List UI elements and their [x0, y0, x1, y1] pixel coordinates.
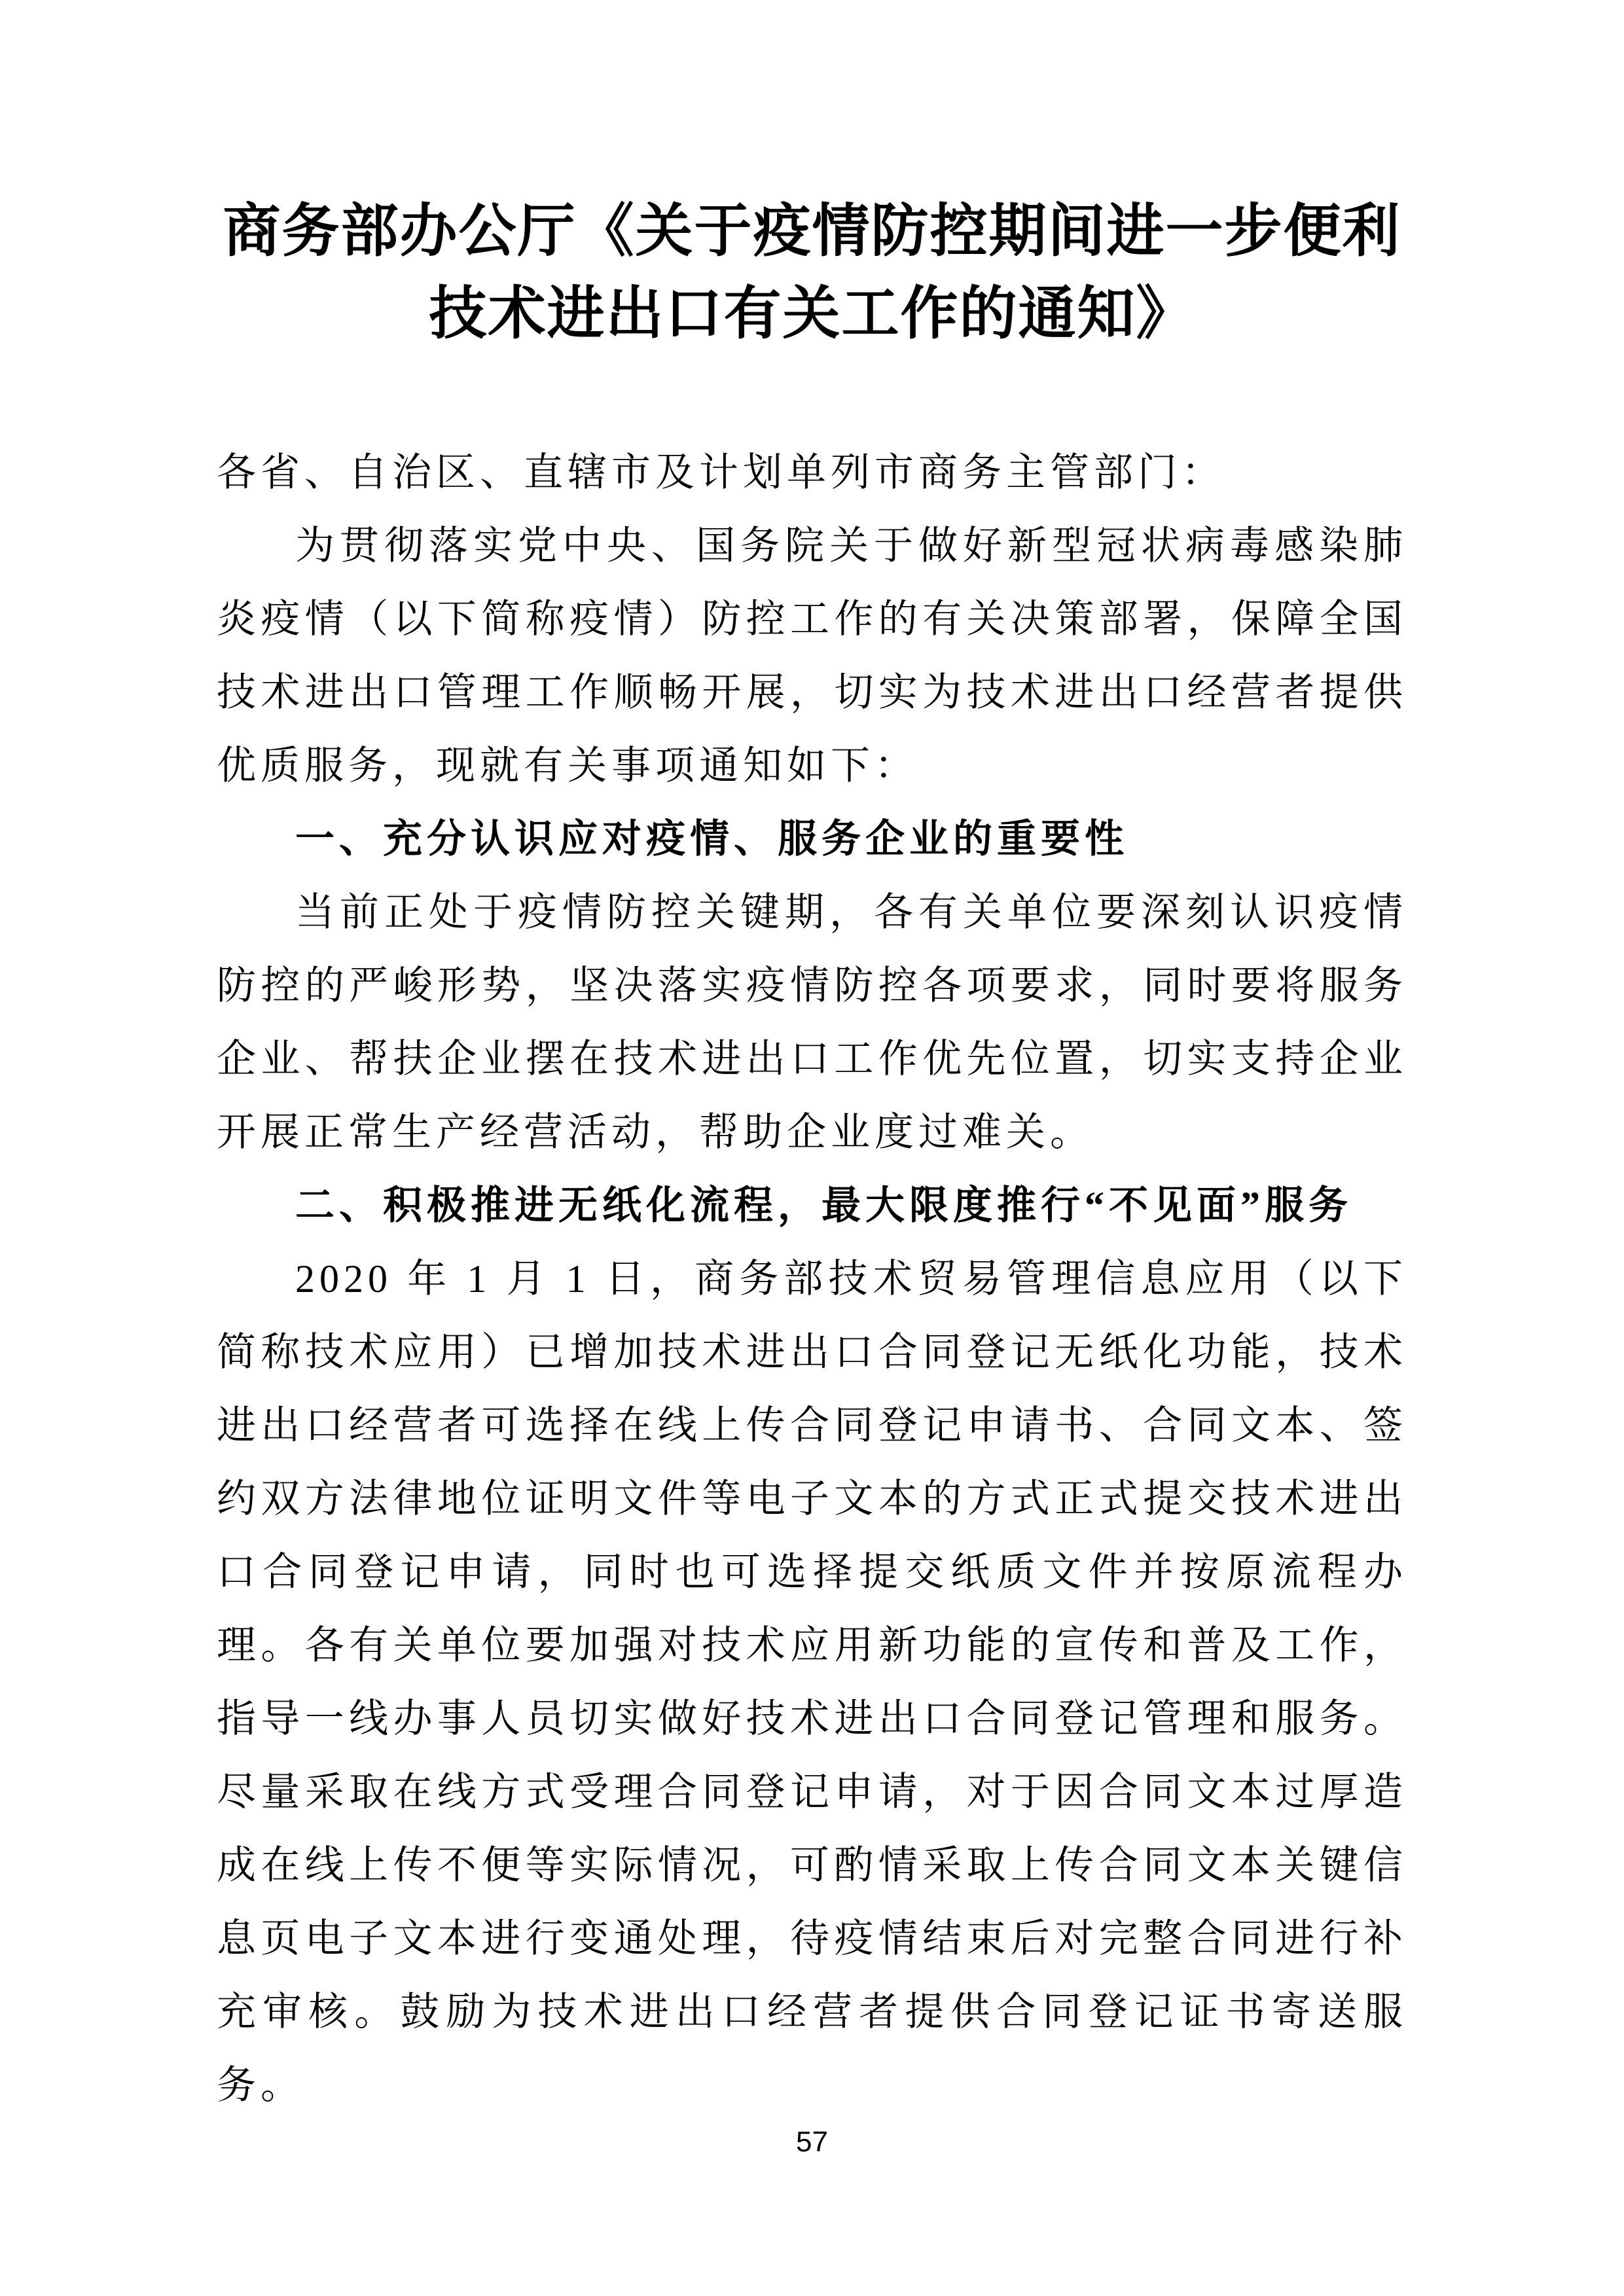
paragraph-intro: 为贯彻落实党中央、国务院关于做好新型冠状病毒感染肺炎疫情（以下简称疫情）防控工作…	[217, 509, 1407, 802]
section-heading-1: 一、充分认识应对疫情、服务企业的重要性	[217, 802, 1407, 876]
salutation-line: 各省、自治区、直辖市及计划单列市商务主管部门：	[217, 436, 1407, 509]
section-heading-2: 二、积极推进无纸化流程，最大限度推行“不见面”服务	[217, 1169, 1407, 1242]
page-number: 57	[0, 2126, 1624, 2159]
document-body: 各省、自治区、直辖市及计划单列市商务主管部门： 为贯彻落实党中央、国务院关于做好…	[0, 436, 1624, 2122]
document-title: 商务部办公厅《关于疫情防控期间进一步便利 技术进出口有关工作的通知》	[0, 191, 1624, 356]
document-page: 商务部办公厅《关于疫情防控期间进一步便利 技术进出口有关工作的通知》 各省、自治…	[0, 0, 1624, 2296]
document-title-line2: 技术进出口有关工作的通知》	[196, 274, 1428, 356]
document-title-line1: 商务部办公厅《关于疫情防控期间进一步便利	[196, 191, 1428, 274]
paragraph-section-1: 当前正处于疫情防控关键期，各有关单位要深刻认识疫情防控的严峻形势，坚决落实疫情防…	[217, 876, 1407, 1169]
paragraph-section-2: 2020 年 1 月 1 日，商务部技术贸易管理信息应用（以下简称技术应用）已增…	[217, 1242, 1407, 2122]
